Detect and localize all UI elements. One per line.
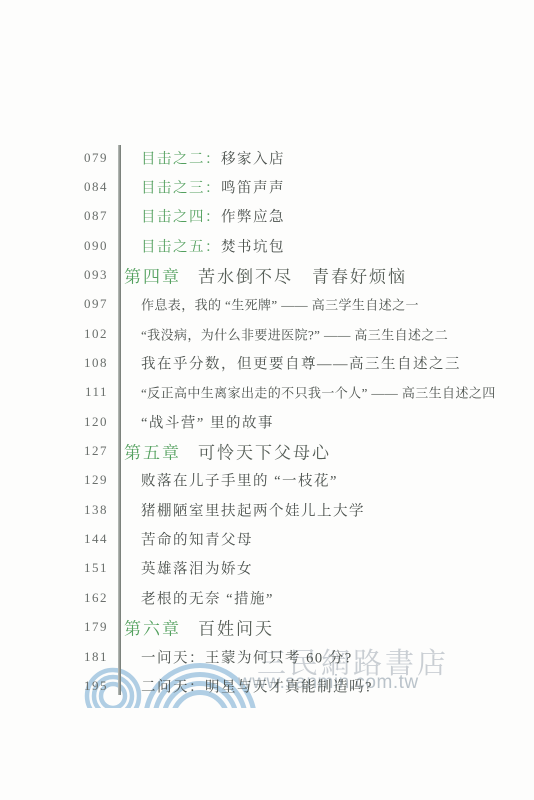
toc-entry-title: 猪棚陋室里扶起两个娃儿上大学 xyxy=(141,499,365,520)
toc-page-number: 151 xyxy=(56,560,108,576)
toc-page-number: 120 xyxy=(56,414,108,430)
toc-page-number: 138 xyxy=(56,502,108,518)
toc-entry-title: 目击之四：作弊应急 xyxy=(141,206,285,227)
entry-title-text: 苦命的知青父母 xyxy=(141,533,253,549)
section-label: 目击之三： xyxy=(141,181,221,197)
toc-page-number: 181 xyxy=(56,649,108,665)
toc-list: 079目击之二：移家入店084目击之三：鸣笛声声087目击之四：作弊应急090目… xyxy=(0,143,534,701)
toc-entry: 195二问天：明星与天才真能制造吗? xyxy=(0,671,534,700)
toc-entry: 179第六章百姓问天 xyxy=(0,613,534,642)
toc-page-number: 111 xyxy=(56,384,108,400)
toc-page-number: 087 xyxy=(56,208,108,224)
entry-title-text: 我在乎分数，但更要自尊——高三生自述之三 xyxy=(141,357,461,373)
toc-page-number: 097 xyxy=(56,296,108,312)
entry-title-text: 明星与天才真能制造吗? xyxy=(205,679,373,695)
toc-page-number: 084 xyxy=(56,179,108,195)
entry-title-text: “我没病，为什么非要进医院?” —— 高三生自述之二 xyxy=(141,327,448,342)
entry-title-text: 移家入店 xyxy=(221,151,285,167)
toc-entry: 151英雄落泪为娇女 xyxy=(0,554,534,583)
toc-entry-title: “反正高中生离家出走的不只我一个人” —— 高三生自述之四 xyxy=(141,383,496,402)
entry-title-text: 苦水倒不尽 青春好烦恼 xyxy=(198,268,407,287)
toc-page-number: 108 xyxy=(56,355,108,371)
toc-entry: 090目击之五：焚书坑包 xyxy=(0,231,534,260)
toc-entry: 144苦命的知青父母 xyxy=(0,524,534,553)
toc-entry-title: 第五章可怜天下父母心 xyxy=(124,439,331,464)
toc-entry: 138猪棚陋室里扶起两个娃儿上大学 xyxy=(0,495,534,524)
toc-entry-title: 老根的无奈 “措施” xyxy=(141,587,274,608)
toc-entry-title: 败落在儿子手里的 “一枝花” xyxy=(141,470,338,491)
entry-title-text: 老根的无奈 “措施” xyxy=(141,591,274,607)
toc-page-number: 195 xyxy=(56,678,108,694)
entry-title-text: 鸣笛声声 xyxy=(221,181,285,197)
section-label: 二问天： xyxy=(141,679,205,695)
toc-entry: 087目击之四：作弊应急 xyxy=(0,202,534,231)
toc-entry-title: 一问天：王蒙为何只考 60 分? xyxy=(141,646,353,667)
entry-title-text: 作息表，我的 “生死牌” —— 高三学生自述之一 xyxy=(141,298,419,313)
toc-page-number: 093 xyxy=(56,267,108,283)
toc-page-number: 102 xyxy=(56,326,108,342)
toc-entry-title: 第四章苦水倒不尽 青春好烦恼 xyxy=(124,263,407,288)
entry-title-text: 英雄落泪为娇女 xyxy=(141,562,253,578)
section-label: 目击之二： xyxy=(141,151,221,167)
chapter-label: 第五章 xyxy=(124,444,181,463)
toc-entry-title: “我没病，为什么非要进医院?” —— 高三生自述之二 xyxy=(141,324,448,343)
toc-entry-title: 目击之二：移家入店 xyxy=(141,147,285,168)
entry-title-text: 猪棚陋室里扶起两个娃儿上大学 xyxy=(141,503,365,519)
entry-title-text: 焚书坑包 xyxy=(221,239,285,255)
entry-title-text: 王蒙为何只考 60 分? xyxy=(205,650,353,666)
entry-title-text: 作弊应急 xyxy=(221,210,285,226)
toc-page-number: 079 xyxy=(56,150,108,166)
toc-entry-title: 第六章百姓问天 xyxy=(124,615,274,640)
toc-entry: 111“反正高中生离家出走的不只我一个人” —— 高三生自述之四 xyxy=(0,378,534,407)
toc-entry: 162老根的无奈 “措施” xyxy=(0,583,534,612)
section-label: 一问天： xyxy=(141,650,205,666)
toc-entry-title: 苦命的知青父母 xyxy=(141,529,253,550)
toc-entry-title: 作息表，我的 “生死牌” —— 高三学生自述之一 xyxy=(141,295,419,314)
toc-entry-title: 英雄落泪为娇女 xyxy=(141,558,253,579)
toc-entry: 108我在乎分数，但更要自尊——高三生自述之三 xyxy=(0,348,534,377)
toc-entry: 129败落在儿子手里的 “一枝花” xyxy=(0,466,534,495)
toc-entry: 084目击之三：鸣笛声声 xyxy=(0,172,534,201)
chapter-label: 第六章 xyxy=(124,620,181,639)
toc-entry-title: 目击之三：鸣笛声声 xyxy=(141,177,285,198)
entry-title-text: 百姓问天 xyxy=(198,620,274,639)
toc-entry: 079目击之二：移家入店 xyxy=(0,143,534,172)
toc-page-number: 127 xyxy=(56,443,108,459)
toc-entry: 127第五章可怜天下父母心 xyxy=(0,436,534,465)
entry-title-text: “反正高中生离家出走的不只我一个人” —— 高三生自述之四 xyxy=(141,386,496,401)
scanned-toc-page: 三民網路書店 www.sanmin.com.tw 079目击之二：移家入店084… xyxy=(0,0,534,800)
section-label: 目击之四： xyxy=(141,210,221,226)
toc-page-number: 144 xyxy=(56,531,108,547)
toc-entry-title: 目击之五：焚书坑包 xyxy=(141,235,285,256)
toc-entry: 093第四章苦水倒不尽 青春好烦恼 xyxy=(0,260,534,289)
toc-entry: 097作息表，我的 “生死牌” —— 高三学生自述之一 xyxy=(0,290,534,319)
toc-entry: 120“战斗营” 里的故事 xyxy=(0,407,534,436)
toc-entry: 181一问天：王蒙为何只考 60 分? xyxy=(0,642,534,671)
entry-title-text: 败落在儿子手里的 “一枝花” xyxy=(141,474,338,490)
toc-page-number: 090 xyxy=(56,238,108,254)
toc-entry: 102“我没病，为什么非要进医院?” —— 高三生自述之二 xyxy=(0,319,534,348)
section-label: 目击之五： xyxy=(141,239,221,255)
toc-entry-title: “战斗营” 里的故事 xyxy=(141,411,274,432)
chapter-label: 第四章 xyxy=(124,268,181,287)
toc-entry-title: 我在乎分数，但更要自尊——高三生自述之三 xyxy=(141,353,461,374)
entry-title-text: “战斗营” 里的故事 xyxy=(141,415,274,431)
toc-entry-title: 二问天：明星与天才真能制造吗? xyxy=(141,675,373,696)
toc-page-number: 129 xyxy=(56,472,108,488)
entry-title-text: 可怜天下父母心 xyxy=(198,444,331,463)
toc-page-number: 179 xyxy=(56,619,108,635)
toc-page-number: 162 xyxy=(56,590,108,606)
